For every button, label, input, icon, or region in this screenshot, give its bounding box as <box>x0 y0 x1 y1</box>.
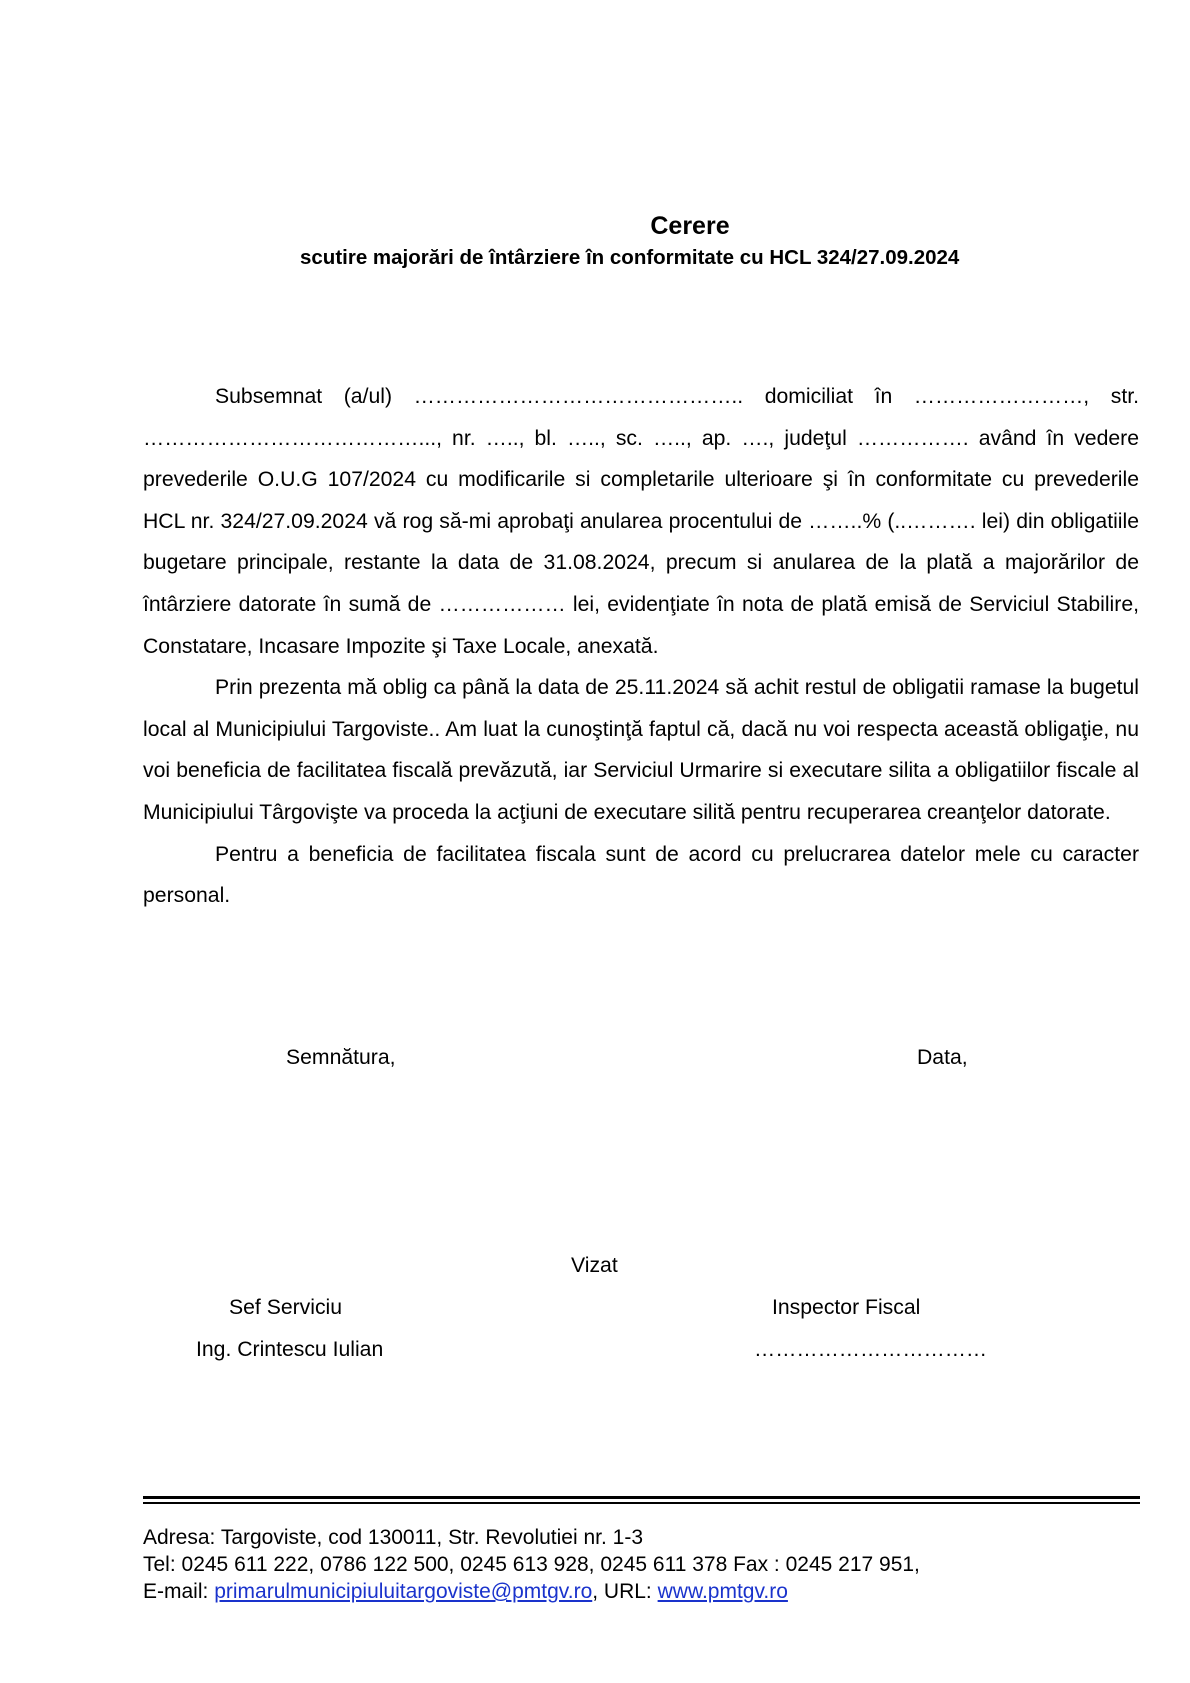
right-name-placeholder: …………………………… <box>754 1338 987 1362</box>
vizat-label: Vizat <box>571 1254 618 1278</box>
footer-divider-bottom <box>143 1502 1140 1504</box>
footer-phones: Tel: 0245 611 222, 0786 122 500, 0245 61… <box>143 1551 920 1578</box>
date-label: Data, <box>917 1046 968 1070</box>
document-subtitle: scutire majorări de întârziere în confor… <box>300 246 959 270</box>
document-body: Subsemnat (a/ul) ……………………………………….. domic… <box>143 376 1139 917</box>
footer-divider-top <box>143 1496 1140 1499</box>
paragraph-request: Subsemnat (a/ul) ……………………………………….. domic… <box>143 376 1139 667</box>
url-link[interactable]: www.pmtgv.ro <box>658 1580 788 1603</box>
paragraph-consent: Pentru a beneficia de facilitatea fiscal… <box>143 834 1139 917</box>
footer-contact: E-mail: primarulmunicipiuluitargoviste@p… <box>143 1578 920 1605</box>
signature-label: Semnătura, <box>286 1046 396 1070</box>
email-label: E-mail: <box>143 1580 214 1603</box>
left-role: Sef Serviciu <box>229 1296 342 1320</box>
left-name: Ing. Crintescu Iulian <box>196 1338 383 1362</box>
document-title: Cerere <box>0 212 1190 241</box>
footer: Adresa: Targoviste, cod 130011, Str. Rev… <box>143 1524 920 1605</box>
email-link[interactable]: primarulmunicipiuluitargoviste@pmtgv.ro <box>214 1580 592 1603</box>
right-role: Inspector Fiscal <box>772 1296 920 1320</box>
footer-address: Adresa: Targoviste, cod 130011, Str. Rev… <box>143 1524 920 1551</box>
url-label: , URL: <box>592 1580 657 1603</box>
paragraph-obligation: Prin prezenta mă oblig ca până la data d… <box>143 667 1139 833</box>
